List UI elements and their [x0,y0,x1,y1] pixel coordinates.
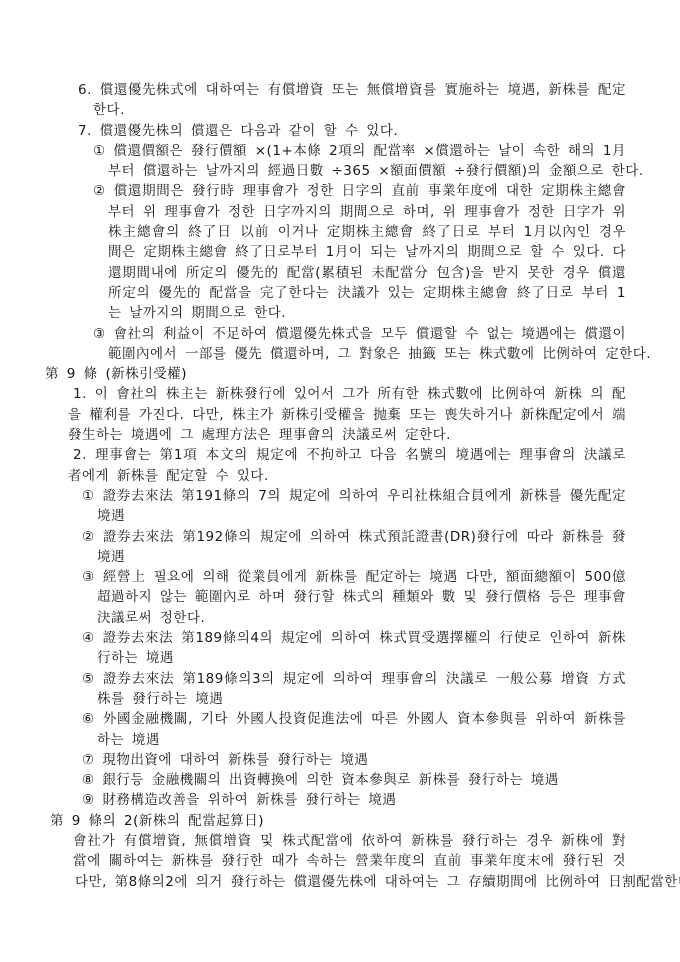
doc-line-item-1: 1. 이 會社의 株主는 新株發行에 있어서 그가 所有한 株式數에 比例하여 … [0,384,680,404]
doc-line-subitem-1: ① 償還價額은 發行價額 ×(1+本條 2項의 配當率 ×償還하는 날이 속한 … [0,141,680,161]
doc-line: 所定의 優先的 配當을 完了한다는 決議가 있는 定期株主總會 終了日로 부터 … [0,283,680,303]
doc-line: 行하는 境遇 [0,648,680,668]
article-heading-9-2: 第 9 條의 2(新株의 配當起算日) [0,811,680,831]
doc-line: 當에 關하여는 新株를 發行한 때가 속하는 營業年度의 直前 事業年度末에 發… [0,851,680,871]
document-page: 6. 償還優先株式에 대하여는 有償增資 또는 無償增資를 實施하는 境遇, 新… [0,0,680,962]
doc-line-subitem-5: ⑤ 證券去來法 第189條의3의 規定에 의하여 理事會의 決議로 一般公募 增… [0,669,680,689]
doc-line: 부터 위 理事會가 정한 日字까지의 期間으로 하며, 위 理事會가 정한 日字… [0,202,680,222]
doc-line-item-6: 6. 償還優先株式에 대하여는 有償增資 또는 無償增資를 實施하는 境遇, 新… [0,80,680,100]
doc-line: 間은 定期株主總會 終了日로부터 1月이 되는 날까지의 期間으로 할 수 있다… [0,242,680,262]
doc-line-subitem-3: ③ 經營上 필요에 의해 從業員에게 新株를 配定하는 境遇 다만, 額面總額이… [0,567,680,587]
doc-line-subitem-2: ② 償還期間은 發行時 理事會가 정한 日字의 直前 事業年度에 대한 定期株主… [0,181,680,201]
doc-line: 다만, 第8條의2에 의거 發行하는 償還優先株에 대하여는 그 存續期間에 比… [0,872,680,892]
doc-line-subitem-2: ② 證券去來法 第192條의 規定에 의하여 株式預託證書(DR)發行에 따라 … [0,527,680,547]
doc-line: 超過하지 않는 範圍內로 하며 發行할 株式의 種類와 數 및 發行價格 등은 … [0,587,680,607]
doc-line: 會社가 有償增資, 無償增資 및 株式配當에 依하여 新株를 發行하는 경우 新… [0,831,680,851]
doc-line: 發生하는 境遇에 그 處理方法은 理事會의 決議로써 定한다. [0,425,680,445]
doc-line: 을 權利를 가진다. 다만, 株主가 新株引受權을 抛棄 또는 喪失하거나 新株… [0,405,680,425]
doc-line-subitem-4: ④ 證券去來法 第189條의4의 規定에 의하여 株式買受選擇權의 行使로 인하… [0,628,680,648]
doc-line-subitem-1: ① 證券去來法 第191條의 7의 規定에 의하여 우리社株組合員에게 新株를 … [0,486,680,506]
doc-line: 境遇 [0,547,680,567]
doc-line: 決議로써 정한다. [0,608,680,628]
doc-line: 範圍內에서 一部를 優先 償還하며, 그 對象은 抽籤 또는 株式數에 比例하여… [0,344,680,364]
doc-line-subitem-7: ⑦ 現物出資에 대하여 新株를 發行하는 境遇 [0,750,680,770]
doc-line: 하는 境遇 [0,730,680,750]
doc-line: 한다. [0,100,680,120]
doc-line: 부터 償還하는 날까지의 經過日數 ÷365 ×額面價額 ÷發行價額)의 金額으… [0,161,680,181]
doc-line: 者에게 新株를 配定할 수 있다. [0,466,680,486]
doc-line-item-2: 2. 理事會는 第1項 本文의 規定에 不拘하고 다음 名號의 境遇에는 理事會… [0,445,680,465]
doc-line-subitem-9: ⑨ 財務構造改善을 위하여 新株를 發行하는 境遇 [0,790,680,810]
doc-line: 株主總會의 終了日 以前 이거나 定期株主總會 終了日로 부터 1月以內인 경우… [0,222,680,242]
doc-line: 還期間내에 所定의 優先的 配當(累積된 未配當分 包含)을 받지 못한 경우 … [0,263,680,283]
doc-line: 境遇 [0,506,680,526]
doc-line-subitem-3: ③ 會社의 利益이 不足하여 償還優先株式을 모두 償還할 수 없는 境遇에는 … [0,324,680,344]
document-body: 6. 償還優先株式에 대하여는 有償增資 또는 無償增資를 實施하는 境遇, 新… [0,80,680,892]
doc-line-subitem-8: ⑧ 銀行등 金融機關의 出資轉換에 의한 資本參與로 新株를 發行하는 境遇 [0,770,680,790]
doc-line: 株를 發行하는 境遇 [0,689,680,709]
doc-line: 는 날까지의 期間으로 한다. [0,303,680,323]
doc-line-item-7: 7. 償還優先株의 償還은 다음과 같이 할 수 있다. [0,121,680,141]
article-heading-9: 第 9 條 (新株引受權) [0,364,680,384]
doc-line-subitem-6: ⑥ 外國金融機關, 기타 外國人投資促進法에 따른 外國人 資本參與를 위하여 … [0,709,680,729]
